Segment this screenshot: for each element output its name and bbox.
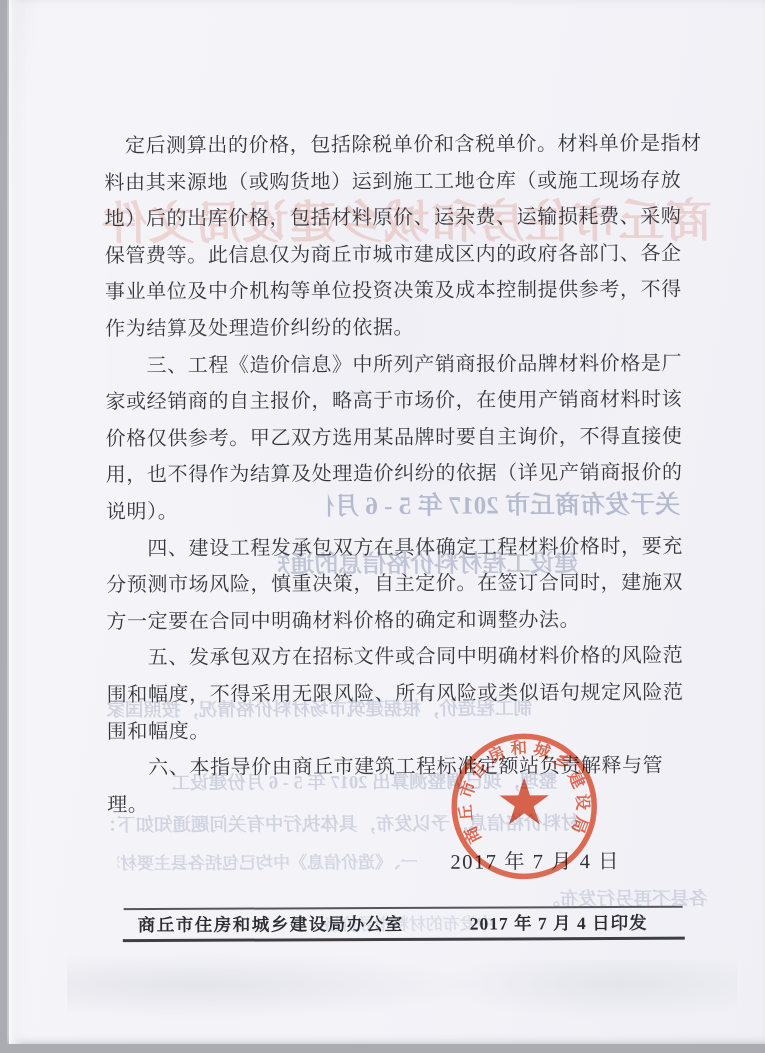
scanned-document: { "colors": { "seal_red": "#d64628", "in… <box>0 0 765 1053</box>
body-text: 定后测算出的价格，包括除税单价和含税单价。材料单价是指材 料由其来源地（或购货地… <box>104 126 689 824</box>
body-line: 理。 <box>107 784 689 823</box>
official-seal-stamp: 商丘市住房和城乡建设局 <box>449 730 600 884</box>
footer-print-date: 2017 年 7 月 4 日印发 <box>470 910 648 936</box>
body-line: 五、发承包双方在招标文件或合同中明确材料价格的风险范 <box>106 638 688 677</box>
body-line: 方一定要在合同中明确材料价格的确定和调整办法。 <box>106 601 688 640</box>
body-line: 保管费等。此信息仅为商丘市城市建成区内的政府各部门、各企 <box>105 235 687 274</box>
body-line: 六、本指导价由商丘市建筑工程标准定额站负责解释与管 <box>107 748 689 787</box>
body-line: 三、工程《造价信息》中所列产销商报价品牌材料价格是厂 <box>105 345 687 384</box>
body-line: 地）后的出库价格，包括材料原价、运杂费、运输损耗费、采购 <box>105 199 687 238</box>
body-line: 料由其来源地（或购货地）运到施工工地仓库（或施工现场存放 <box>104 162 686 201</box>
body-line: 定后测算出的价格，包括除税单价和含税单价。材料单价是指材 <box>104 126 686 165</box>
body-line: 说明）。 <box>106 492 688 531</box>
body-line: 作为结算及处理造价纠纷的依据。 <box>105 309 687 348</box>
body-line: 事业单位及中介机构等单位投资决策及成本控制提供参考，不得 <box>105 272 687 311</box>
body-line: 用，也不得作为结算及处理造价纠纷的依据（详见产销商报价的 <box>106 455 688 494</box>
body-line: 围和幅度，不得采用无限风险、所有风险或类似语句规定风险范 <box>107 675 689 714</box>
star-icon <box>499 777 549 824</box>
footer-rule-bottom <box>123 937 685 942</box>
bleedthrough-line: 一、《造价信息》中均已包括各县主要材料指导价格 <box>117 848 417 874</box>
body-line: 围和幅度。 <box>107 711 689 750</box>
body-line: 四、建设工程发承包双方在具体确定工程材料价格时，要充 <box>106 528 688 567</box>
document-content: 商丘市住房和城乡建设局文件 关于发布商丘市 2017 年 5 - 6 月份 建设… <box>0 0 765 1053</box>
footer-issuing-office: 商丘市住房和城乡建设局办公室 <box>138 911 404 937</box>
body-line: 家或经销商的自主报价，略高于市场价，在使用产销商材料时该 <box>105 382 687 421</box>
body-line: 价格仅供参考。甲乙双方选用某品牌时要自主询价，不得直接使 <box>106 418 688 457</box>
body-line: 分预测市场风险，慎重决策，自主定价。在签订合同时，建施双 <box>106 565 688 604</box>
